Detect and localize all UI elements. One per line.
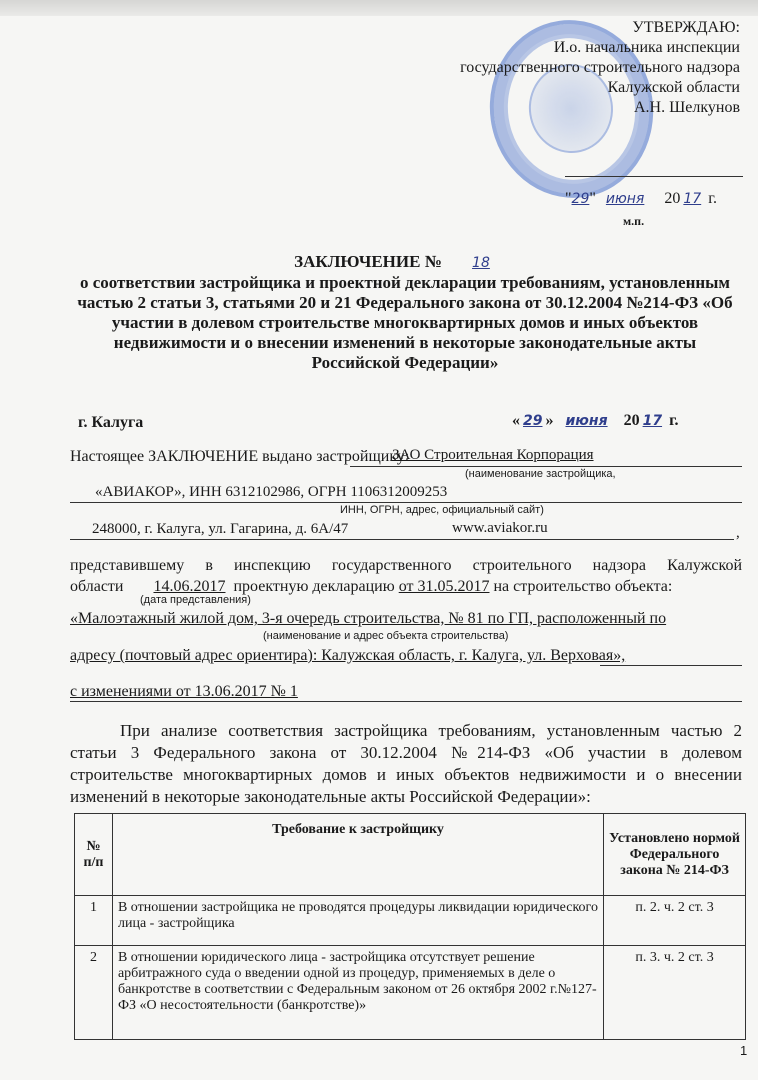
title-line-1: о соответствии застройщика и проектной д…	[60, 273, 750, 293]
approval-date-suffix: г.	[708, 190, 717, 207]
conclusion-date-day: 29	[520, 413, 545, 429]
city: г. Калуга	[78, 414, 143, 432]
conclusion-date-year-prefix: 20	[624, 412, 640, 429]
declaration-date: от 31.05.2017	[399, 578, 490, 595]
scan-top-edge	[0, 0, 758, 17]
conclusion-date-year: 17	[640, 413, 665, 429]
developer-name-2: «АВИАКОР», ИНН 6312102986, ОГРН 11063120…	[95, 484, 447, 501]
conclusion-heading-label: ЗАКЛЮЧЕНИЕ №	[294, 252, 442, 271]
caption-submission-date: (дата представления)	[140, 594, 251, 606]
developer-name-1: ЗАО Строительная Корпорация	[372, 447, 742, 464]
submission-region-suffix: области	[70, 578, 123, 595]
title-line-4: недвижимости и о внесении изменений в не…	[60, 333, 750, 353]
approval-date: "29" июня 2017 г.	[565, 190, 755, 208]
row-1-num: 1	[75, 896, 113, 946]
submission-object-label: на строительство объекта:	[493, 578, 672, 595]
analysis-line-1: При анализе соответствия застройщика тре…	[70, 720, 742, 742]
title-line-2: частью 2 статьи 3, статьями 20 и 21 Феде…	[60, 293, 750, 313]
object-line-2-fill	[600, 665, 742, 666]
row-2-num: 2	[75, 946, 113, 1040]
approval-heading: УТВЕРЖДАЮ:	[420, 18, 740, 38]
object-line-2: адресу (почтовый адрес ориентира): Калуж…	[70, 647, 742, 665]
developer-website[interactable]: www.aviakor.ru	[452, 520, 548, 537]
conclusion-date: «29» июня 2017 г.	[512, 412, 752, 430]
developer-line-1	[350, 466, 742, 467]
title-line-5: Российской Федерации»	[60, 353, 750, 373]
approval-block: УТВЕРЖДАЮ: И.о. начальника инспекции гос…	[420, 18, 740, 118]
row-2-norm: п. 3. ч. 2 ст. 3	[604, 946, 746, 1040]
approval-position-3: Калужской области	[420, 78, 740, 98]
requirements-table: № п/п Требование к застройщику Установле…	[74, 813, 746, 1040]
comma: ,	[736, 525, 740, 542]
analysis-line-2: статьи 3 Федерального закона от 30.12.20…	[70, 742, 742, 764]
page-number: 1	[740, 1043, 747, 1058]
approval-date-year: 17	[680, 191, 704, 207]
document-title: ЗАКЛЮЧЕНИЕ № 18 о соответствии застройщи…	[60, 252, 750, 373]
analysis-line-3: строительстве многоквартирных домов и ин…	[70, 764, 742, 786]
object-line-1: «Малоэтажный жилой дом, 3-я очередь стро…	[70, 610, 742, 628]
header-requirement: Требование к застройщику	[112, 814, 603, 896]
table-header-row: № п/п Требование к застройщику Установле…	[75, 814, 746, 896]
analysis-line-4: изменений в некоторые законодательные ак…	[70, 786, 742, 808]
approval-position-2: государственного строительного надзора	[420, 58, 740, 78]
row-1-norm: п. 2. ч. 2 ст. 3	[604, 896, 746, 946]
conclusion-number: 18	[446, 255, 516, 271]
header-num: № п/п	[75, 814, 113, 896]
changes-line	[70, 701, 742, 702]
conclusion-date-suffix: г.	[669, 412, 678, 429]
changes-note: с изменениями от 13.06.2017 № 1	[70, 683, 298, 701]
caption-developer-name: (наименование застройщика,	[465, 468, 616, 480]
submission-line-1: представившему в инспекцию государственн…	[70, 557, 742, 575]
approval-date-month: июня	[600, 191, 660, 207]
developer-address: 248000, г. Калуга, ул. Гагарина, д. 6А/4…	[92, 521, 348, 538]
developer-line-2	[70, 502, 742, 503]
conclusion-date-month: июня	[557, 413, 619, 429]
row-2-requirement: В отношении юридического лица - застройщ…	[112, 946, 603, 1040]
table-row: 1 В отношении застройщика не проводятся …	[75, 896, 746, 946]
approval-date-year-prefix: 20	[664, 190, 680, 207]
conclusion-heading: ЗАКЛЮЧЕНИЕ № 18	[60, 252, 750, 273]
approval-position-1: И.о. начальника инспекции	[420, 38, 740, 58]
row-1-requirement: В отношении застройщика не проводятся пр…	[112, 896, 603, 946]
title-line-3: участии в долевом строительстве многоква…	[60, 313, 750, 333]
table-row: 2 В отношении юридического лица - застро…	[75, 946, 746, 1040]
developer-line-3	[70, 539, 734, 540]
header-norm: Установлено нормой Федерального закона №…	[604, 814, 746, 896]
submission-doc-label: проектную декларацию	[233, 578, 394, 595]
issued-intro: Настоящее ЗАКЛЮЧЕНИЕ выдано застройщику:	[70, 448, 409, 466]
caption-developer-details: ИНН, ОГРН, адрес, официальный сайт)	[340, 504, 544, 516]
approval-signatory: А.Н. Шелкунов	[420, 98, 740, 118]
signature-line	[565, 176, 743, 177]
submission-date: 14.06.2017	[139, 578, 229, 595]
caption-object: (наименование и адрес объекта строительс…	[263, 630, 508, 642]
approval-date-day: 29	[572, 191, 590, 207]
analysis-paragraph: При анализе соответствия застройщика тре…	[70, 720, 742, 808]
seal-place-label: м.п.	[623, 214, 644, 229]
